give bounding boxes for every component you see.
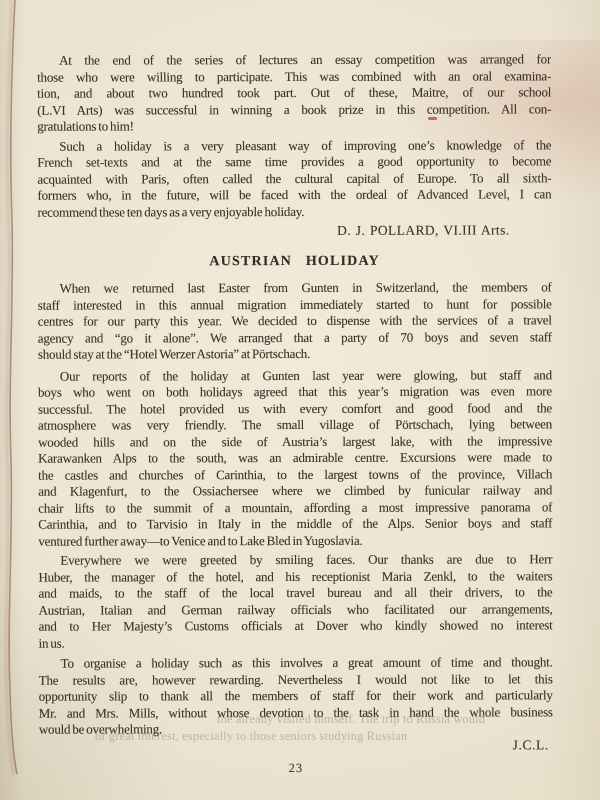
text-line: staff interested in this annual migratio… [38, 296, 552, 314]
text-line: gratulations to him! [37, 117, 551, 135]
text-line: Karawanken Alps to the south, was an adm… [38, 449, 552, 467]
text-line: Such a holiday is a very pleasant way of… [37, 137, 551, 155]
text-line: Our reports of the holiday at Gunten las… [38, 367, 552, 385]
text-line: acquainted with Paris, often called the … [37, 170, 551, 188]
paragraph: At the end of the series of lectures an … [37, 51, 551, 135]
binding-edge [0, 0, 30, 800]
author-attribution: D. J. POLLARD, VI.III Arts. [38, 222, 552, 240]
text-line: chair lifts to the summit of a mountain,… [38, 499, 552, 517]
text-line: opportunity slip to thank all the member… [39, 687, 553, 705]
text-line: The results are, however rewarding. Neve… [39, 671, 553, 689]
text-line: ventured further away—to Venice and to L… [38, 532, 552, 550]
text-line: Everywhere we were greeted by smiling fa… [38, 551, 552, 569]
text-line: (L.VI Arts) was successful in winning a … [37, 101, 551, 119]
text-line: would be overwhelming. [39, 720, 553, 738]
paragraph: When we returned last Easter from Gunten… [38, 279, 552, 363]
text-line: Austrian, Italian and German railway off… [38, 601, 552, 619]
text-line: and maids, to the staff of the local tra… [38, 584, 552, 602]
paragraph: Such a holiday is a very pleasant way of… [37, 137, 551, 221]
article-heading: AUSTRIAN HOLIDAY [38, 253, 552, 271]
text-line: atmosphere was very friendly. The small … [38, 416, 552, 434]
text-line: tion, and about two hundred took part. O… [37, 84, 551, 102]
text-line: Huber, the manager of the hotel, and his… [38, 568, 552, 586]
text-line: successful. The hotel provided us with e… [38, 400, 552, 418]
text-line: To organise a holiday such as this invol… [39, 654, 553, 672]
page-number: 23 [39, 759, 553, 776]
scanned-page: At the end of the series of lectures an … [0, 0, 600, 800]
text-line: Carinthia, and to Tarvisio in Italy in t… [38, 515, 552, 533]
paragraph: To organise a holiday such as this invol… [39, 654, 553, 738]
text-line: Mr. and Mrs. Mills, without whose devoti… [39, 704, 553, 722]
paper-left-shade [0, 0, 26, 800]
text-line: should stay at the “Hotel Werzer Astoria… [38, 345, 552, 363]
text-line: When we returned last Easter from Gunten… [38, 279, 552, 297]
text-line: those who were willing to participate. T… [37, 68, 551, 86]
text-line: At the end of the series of lectures an … [37, 51, 551, 69]
text-line: and Klagenfurt, to the Ossiachersee wher… [38, 482, 552, 500]
text-line: formers who, in the future, will be face… [37, 186, 551, 204]
author-initials: J.C.L. [39, 737, 553, 755]
text-line: agency and “go it alone”. We arranged th… [38, 329, 552, 347]
text-line: recommend these ten days as a very enjoy… [37, 203, 551, 221]
text-line: in us. [39, 634, 553, 652]
text-line: boys who went on both holidays agreed th… [38, 383, 552, 401]
text-line: French set-texts and at the same time pr… [37, 153, 551, 171]
article-text: At the end of the series of lectures an … [37, 51, 553, 776]
paragraph: Our reports of the holiday at Gunten las… [38, 367, 552, 550]
text-line: wooded hills and on the side of Austria’… [38, 433, 552, 451]
text-line: and to Her Majesty’s Customs officials a… [39, 617, 553, 635]
paragraph: Everywhere we were greeted by smiling fa… [38, 551, 552, 651]
text-line: the castles and churches of Carinthia, t… [38, 466, 552, 484]
text-line: centres for our party this year. We deci… [38, 312, 552, 330]
